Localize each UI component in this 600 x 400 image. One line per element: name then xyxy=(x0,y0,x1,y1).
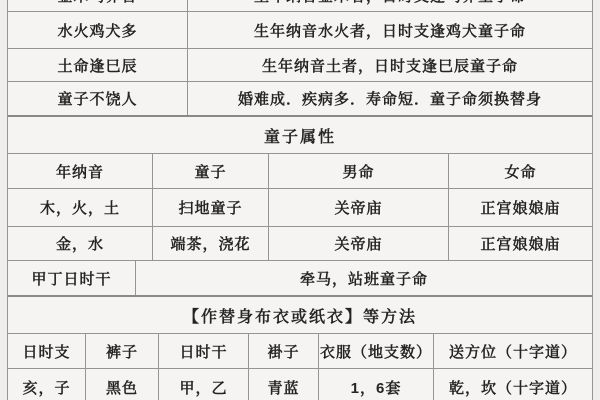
tongzi-rule-sheet: 金木马卯合 生年纳音金木者，日时支逢马卯童子命 水火鸡犬多 生年纳音水火者，日时… xyxy=(7,0,593,400)
attributes-header-male: 男命 xyxy=(269,154,449,188)
attributes-male-cell: 关帝庙 xyxy=(269,189,449,226)
attributes-female-cell: 正宫娘娘庙 xyxy=(449,227,592,260)
attributes-male-cell: 关帝庙 xyxy=(269,227,449,260)
rule-condition-cell: 童子不饶人 xyxy=(8,82,188,115)
attributes-data-row: 木，火，土 扫地童子 关帝庙 正宫娘娘庙 xyxy=(8,189,592,227)
substitute-header-jacket: 褂子 xyxy=(249,334,319,368)
substitute-branch-cell: 亥，子 xyxy=(8,369,86,400)
rule-condition-text: 金木马卯合 xyxy=(8,0,187,6)
substitute-section-row: 【作替身布衣或纸衣】等方法 xyxy=(8,297,592,334)
rule-row: 童子不饶人 婚难成．疾病多．寿命短．童子命须换替身 xyxy=(8,82,592,117)
substitute-pants-cell: 黑色 xyxy=(86,369,159,400)
substitute-clothes-count-cell: 1，6套 xyxy=(319,369,434,400)
substitute-header-row: 日时支 裤子 日时干 褂子 衣服（地支数） 送方位（十字道） xyxy=(8,334,592,369)
rule-row: 土命逢巳辰 生年纳音土者，日时支逢巳辰童子命 xyxy=(8,49,592,82)
rule-explanation-cell: 生年纳音土者，日时支逢巳辰童子命 xyxy=(188,49,592,81)
rule-condition-cell: 土命逢巳辰 xyxy=(8,49,188,81)
attributes-header-row: 年纳音 童子 男命 女命 xyxy=(8,154,592,189)
attributes-nayin-cell: 木，火，土 xyxy=(8,189,153,226)
attributes-data-row: 金，水 端茶，浇花 关帝庙 正宫娘娘庙 xyxy=(8,227,592,261)
substitute-header-clothes-count: 衣服（地支数） xyxy=(319,334,434,368)
attributes-tongzi-cell: 端茶，浇花 xyxy=(153,227,269,260)
rule-explanation-cell: 生年纳音金木者，日时支逢马卯童子命 xyxy=(188,0,592,11)
attributes-header-female: 女命 xyxy=(449,154,592,188)
attributes-nayin-cell: 金，水 xyxy=(8,227,153,260)
substitute-header-stem: 日时干 xyxy=(159,334,249,368)
rule-row-clipped: 金木马卯合 生年纳音金木者，日时支逢马卯童子命 xyxy=(8,0,592,12)
attributes-female-cell: 正宫娘娘庙 xyxy=(449,189,592,226)
rule-condition-cell: 金木马卯合 xyxy=(8,0,188,11)
substitute-section-title: 【作替身布衣或纸衣】等方法 xyxy=(8,297,592,333)
attributes-section-title: 童子属性 xyxy=(8,117,592,153)
stem-rule-condition-cell: 甲丁日时干 xyxy=(8,261,136,295)
substitute-header-direction: 送方位（十字道） xyxy=(434,334,592,368)
attributes-header-tongzi: 童子 xyxy=(153,154,269,188)
scanned-document-page: 金木马卯合 生年纳音金木者，日时支逢马卯童子命 水火鸡犬多 生年纳音水火者，日时… xyxy=(0,0,600,400)
attributes-header-nayin: 年纳音 xyxy=(8,154,153,188)
stem-rule-explanation-cell: 牵马，站班童子命 xyxy=(136,261,592,295)
substitute-stem-cell: 甲，乙 xyxy=(159,369,249,400)
substitute-header-pants: 裤子 xyxy=(86,334,159,368)
substitute-jacket-cell: 青蓝 xyxy=(249,369,319,400)
rule-explanation-cell: 婚难成．疾病多．寿命短．童子命须换替身 xyxy=(188,82,592,115)
substitute-direction-cell: 乾，坎（十字道） xyxy=(434,369,592,400)
stem-rule-row: 甲丁日时干 牵马，站班童子命 xyxy=(8,261,592,297)
rule-row: 水火鸡犬多 生年纳音水火者，日时支逢鸡犬童子命 xyxy=(8,12,592,49)
attributes-section-row: 童子属性 xyxy=(8,117,592,154)
rule-explanation-cell: 生年纳音水火者，日时支逢鸡犬童子命 xyxy=(188,12,592,48)
substitute-data-row: 亥，子 黑色 甲，乙 青蓝 1，6套 乾，坎（十字道） xyxy=(8,369,592,400)
rule-explanation-text: 生年纳音金木者，日时支逢马卯童子命 xyxy=(188,0,592,6)
rule-condition-cell: 水火鸡犬多 xyxy=(8,12,188,48)
substitute-header-branch: 日时支 xyxy=(8,334,86,368)
attributes-tongzi-cell: 扫地童子 xyxy=(153,189,269,226)
